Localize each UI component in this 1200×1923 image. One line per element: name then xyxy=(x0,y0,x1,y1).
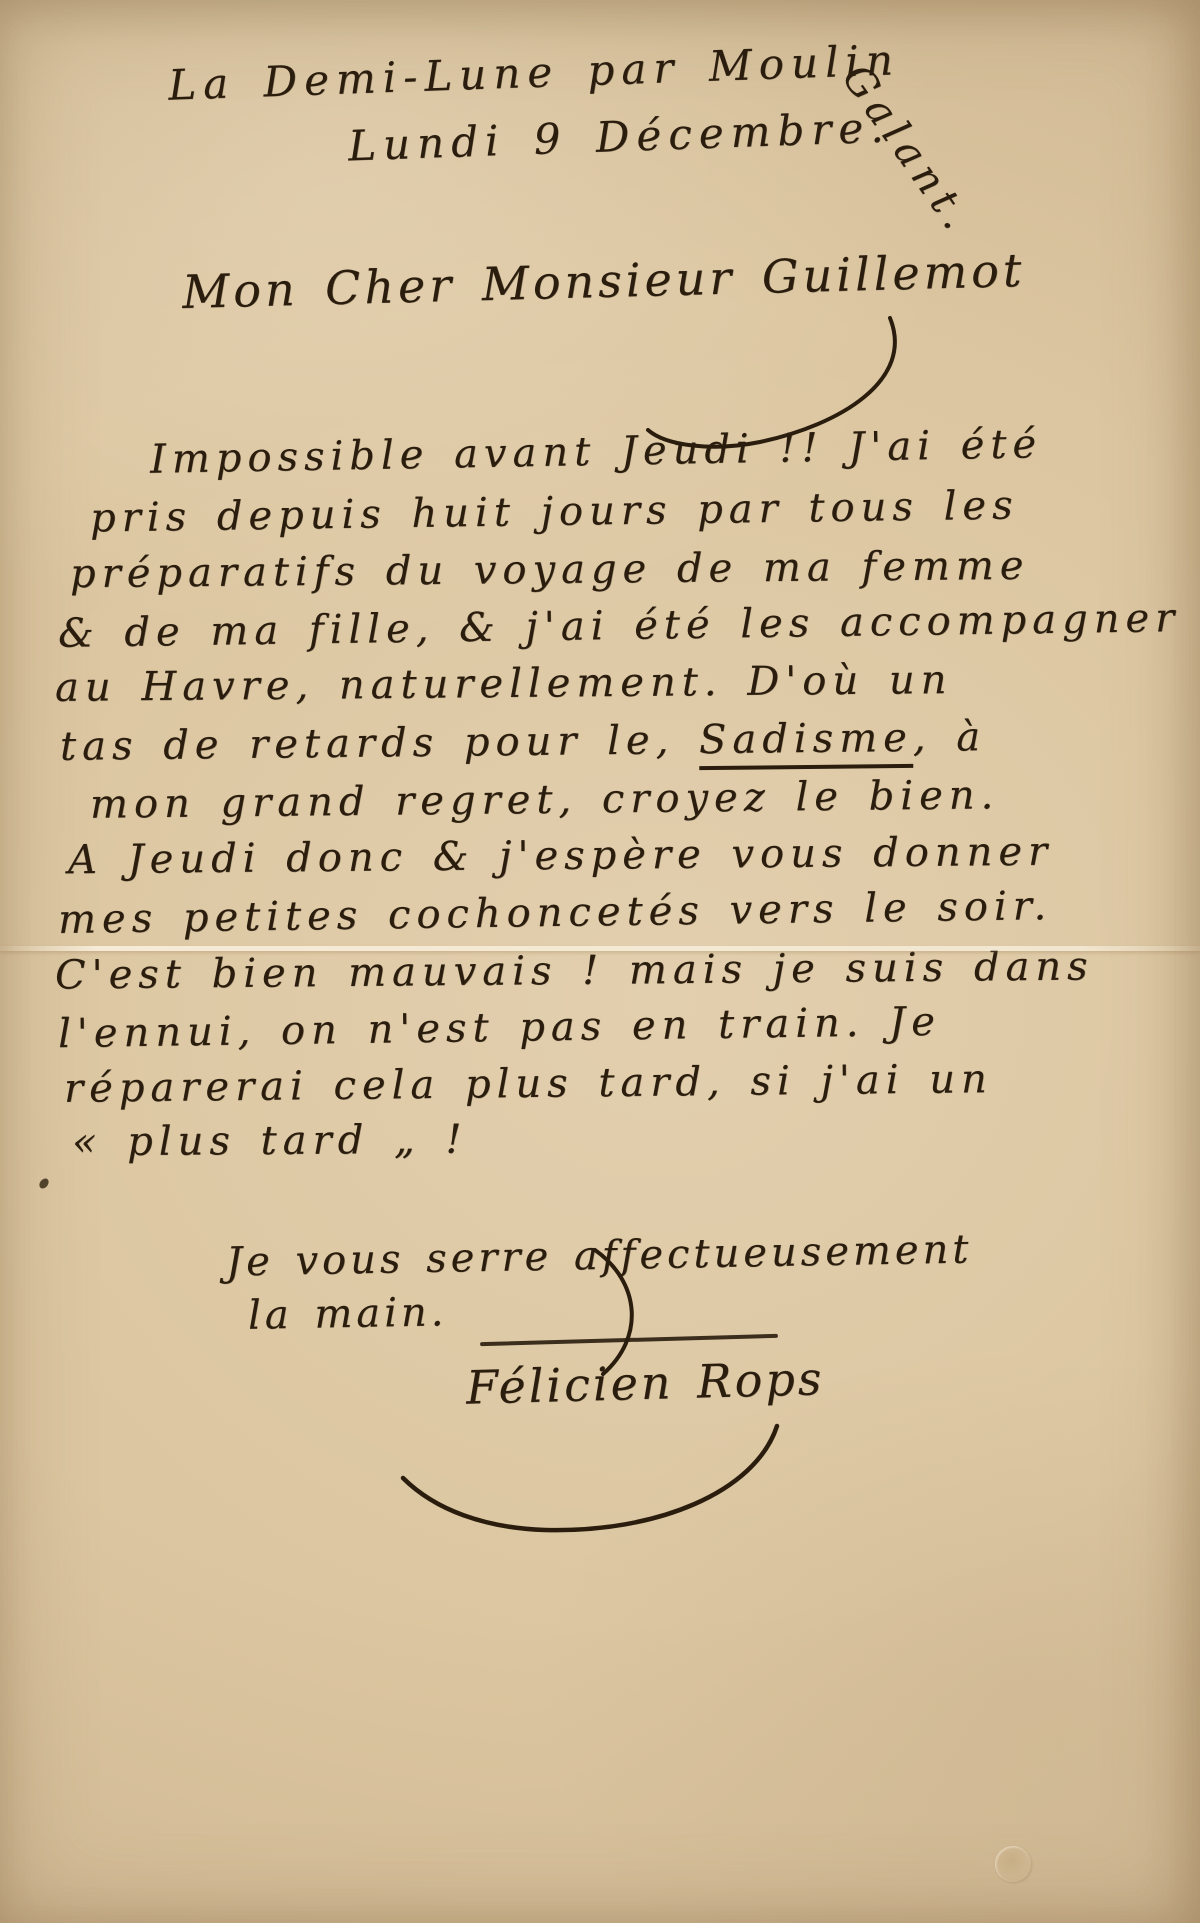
body-line-9: mes petites cochoncetés vers le soir. xyxy=(58,886,1053,940)
body-line-11: l'ennui, on n'est pas en train. Je xyxy=(58,1002,941,1054)
blind-stamp-mark xyxy=(995,1846,1031,1882)
body-line-10: C'est bien mauvais ! mais je suis dans xyxy=(55,946,1094,995)
body-line-6: tas de retards pour le, Sadisme, à xyxy=(60,717,986,767)
signature: Félicien Rops xyxy=(465,1355,824,1410)
salutation: Mon Cher Monsieur Guillemot xyxy=(182,247,1026,315)
body-line-12: réparerai cela plus tard, si j'ai un xyxy=(64,1059,993,1109)
ink-fleck xyxy=(37,1177,50,1191)
letter-page: La Demi-Lune par Moulin Galant. Lundi 9 … xyxy=(0,0,1200,1923)
body-line-1: Impossible avant Jeudi !! J'ai été xyxy=(150,424,1043,480)
closing-line-2: la main. xyxy=(248,1292,448,1335)
body-line-13: « plus tard „ ! xyxy=(72,1120,468,1163)
header-date: Lundi 9 Décembre. xyxy=(347,107,891,168)
header-location: La Demi-Lune par Moulin xyxy=(167,39,900,107)
body-line-3: préparatifs du voyage de ma femme xyxy=(70,546,1030,594)
body-line-2: pris depuis huit jours par tous les xyxy=(90,486,1019,539)
fold-crease xyxy=(0,946,1200,951)
body-line-4: & de ma fille, & j'ai été les accompagne… xyxy=(58,598,1181,654)
body-line-8: A Jeudi donc & j'espère vous donner xyxy=(68,832,1053,881)
body-line-6-post: , à xyxy=(913,714,987,761)
body-line-7: mon grand regret, croyez le bien. xyxy=(90,775,1000,825)
signature-flourish xyxy=(395,1418,785,1548)
underlined-word: Sadisme xyxy=(699,715,913,770)
body-line-5: au Havre, naturellement. D'où un xyxy=(55,660,953,708)
body-line-6-pre: tas de retards pour le, xyxy=(60,717,699,770)
